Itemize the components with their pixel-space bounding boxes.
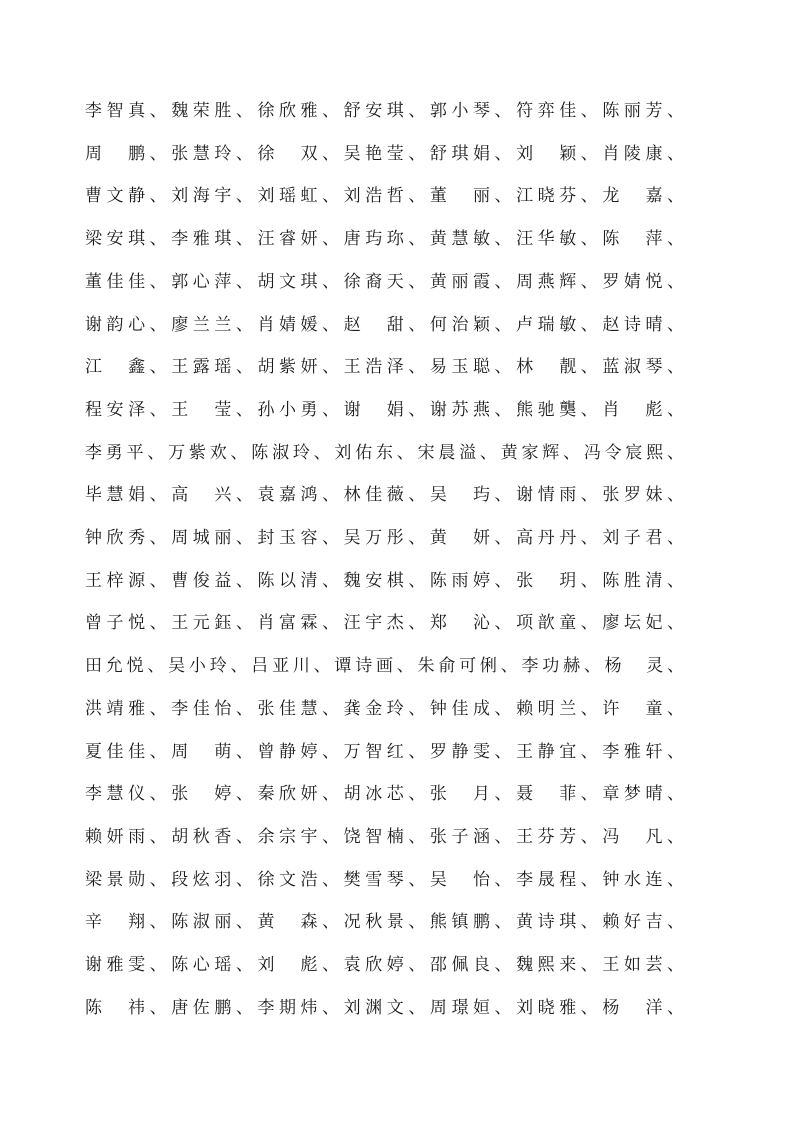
name-list-line: 程安泽、王 莹、孙小勇、谢 娟、谢苏燕、熊驰龑、肖 彪、 bbox=[85, 389, 684, 432]
name-list-line: 辛 翔、陈淑丽、黄 森、况秋景、熊镇鹏、黄诗琪、赖好吉、 bbox=[85, 901, 684, 944]
name-list-line: 谢雅雯、陈心瑶、刘 彪、袁欣婷、邵佩良、魏熙来、王如芸、 bbox=[85, 944, 684, 987]
name-list-line: 夏佳佳、周 萌、曾静婷、万智红、罗静雯、王静宜、李雅轩、 bbox=[85, 731, 684, 774]
name-list-line: 董佳佳、郭心萍、胡文琪、徐裔天、黄丽霞、周燕辉、罗婧悦、 bbox=[85, 261, 684, 304]
name-list-line: 周 鹏、张慧玲、徐 双、吴艳莹、舒琪娟、刘 颖、肖陵康、 bbox=[85, 133, 684, 176]
name-list-line: 谢韵心、廖兰兰、肖婧媛、赵 甜、何治颖、卢瑞敏、赵诗晴、 bbox=[85, 304, 684, 347]
name-list-line: 李勇平、万紫欢、陈淑玲、刘佑东、宋晨溢、黄家辉、冯令宸熙、 bbox=[85, 432, 684, 475]
name-list-line: 赖妍雨、胡秋香、余宗宇、饶智楠、张子涵、王芬芳、冯 凡、 bbox=[85, 816, 684, 859]
name-list-line: 李智真、魏荣胜、徐欣雅、舒安琪、郭小琴、符弈佳、陈丽芳、 bbox=[85, 90, 684, 133]
name-list-line: 梁安琪、李雅琪、汪睿妍、唐玙珎、黄慧敏、汪华敏、陈 萍、 bbox=[85, 218, 684, 261]
name-list-line: 梁景勋、段炫羽、徐文浩、樊雪琴、吴 怡、李晟程、钟水连、 bbox=[85, 859, 684, 902]
name-list-line: 江 鑫、王露瑶、胡紫妍、王浩泽、易玉聪、林 靓、蓝淑琴、 bbox=[85, 346, 684, 389]
name-list-line: 洪靖雅、李佳怡、张佳慧、龚金玲、钟佳成、赖明兰、许 童、 bbox=[85, 688, 684, 731]
name-list-line: 钟欣秀、周城丽、封玉容、吴万彤、黄 妍、高丹丹、刘子君、 bbox=[85, 517, 684, 560]
name-list-line: 毕慧娟、高 兴、袁嘉鸿、林佳薇、吴 玙、谢情雨、张罗妹、 bbox=[85, 474, 684, 517]
name-list-line: 曾子悦、王元鈺、肖富霖、汪宇杰、郑 沁、项歆童、廖坛妃、 bbox=[85, 602, 684, 645]
name-list-line: 田允悦、吴小玲、吕亚川、谭诗画、朱俞可俐、李功赫、杨 灵、 bbox=[85, 645, 684, 688]
name-list-line: 陈 祎、唐佐鹏、李期炜、刘渊文、周璟姮、刘晓雅、杨 洋、 bbox=[85, 987, 684, 1030]
name-list-line: 王梓源、曹俊益、陈以清、魏安棋、陈雨婷、张 玥、陈胜清、 bbox=[85, 560, 684, 603]
name-list-line: 李慧仪、张 婷、秦欣妍、胡冰芯、张 月、聂 菲、章梦晴、 bbox=[85, 773, 684, 816]
document-page: 李智真、魏荣胜、徐欣雅、舒安琪、郭小琴、符弈佳、陈丽芳、 周 鹏、张慧玲、徐 双… bbox=[0, 0, 792, 1122]
name-list: 李智真、魏荣胜、徐欣雅、舒安琪、郭小琴、符弈佳、陈丽芳、 周 鹏、张慧玲、徐 双… bbox=[85, 90, 684, 1029]
name-list-line: 曹文静、刘海宇、刘瑶虹、刘浩哲、董 丽、江晓芬、龙 嘉、 bbox=[85, 175, 684, 218]
